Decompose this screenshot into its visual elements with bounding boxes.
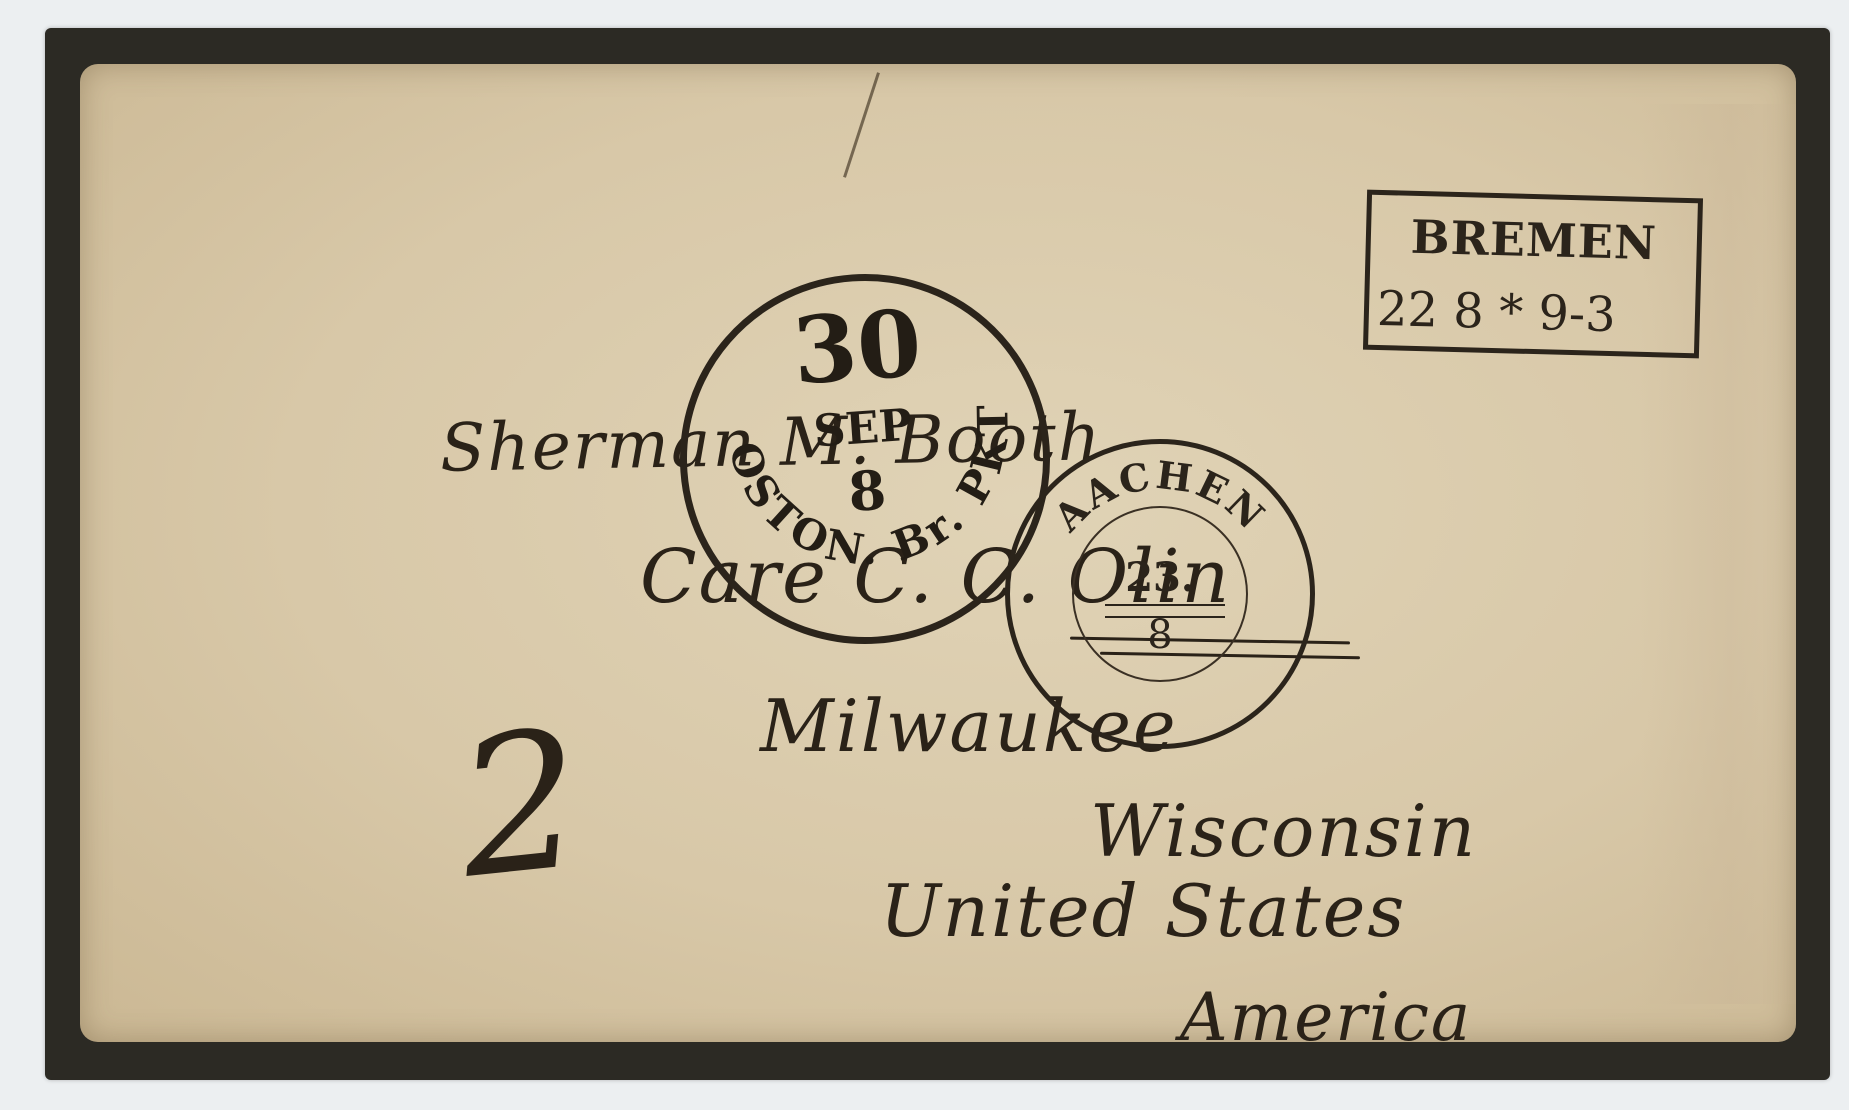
bremen-date: 22 8 * 9-3 xyxy=(1376,281,1687,345)
address-line-country: United States xyxy=(880,869,1406,953)
address-line-state: Wisconsin xyxy=(1090,789,1477,873)
manuscript-rate: 2 xyxy=(449,688,592,920)
aachen-day: 23. xyxy=(1010,554,1310,601)
aachen-date-bar xyxy=(1105,604,1225,606)
aachen-month: 8 xyxy=(1010,612,1310,658)
svg-text:AACHEN: AACHEN xyxy=(1044,452,1275,541)
bremen-city: BREMEN xyxy=(1370,209,1697,272)
boston-arc-text: BOSTON. Br. PKT. xyxy=(668,262,1063,657)
paper-tear xyxy=(843,72,880,178)
aachen-postmark: AACHEN 23. 8 xyxy=(1005,439,1315,749)
svg-text:BOSTON. Br. PKT.: BOSTON. Br. PKT. xyxy=(668,262,1029,589)
address-line-continent: America xyxy=(1180,979,1472,1042)
envelope: BREMEN 22 8 * 9-3 Sherman M. Booth Care … xyxy=(80,64,1796,1042)
boston-postmark: 30 SEP 8 BOSTON. Br. PKT. xyxy=(668,262,1063,657)
bremen-postmark: BREMEN 22 8 * 9-3 xyxy=(1363,190,1703,359)
